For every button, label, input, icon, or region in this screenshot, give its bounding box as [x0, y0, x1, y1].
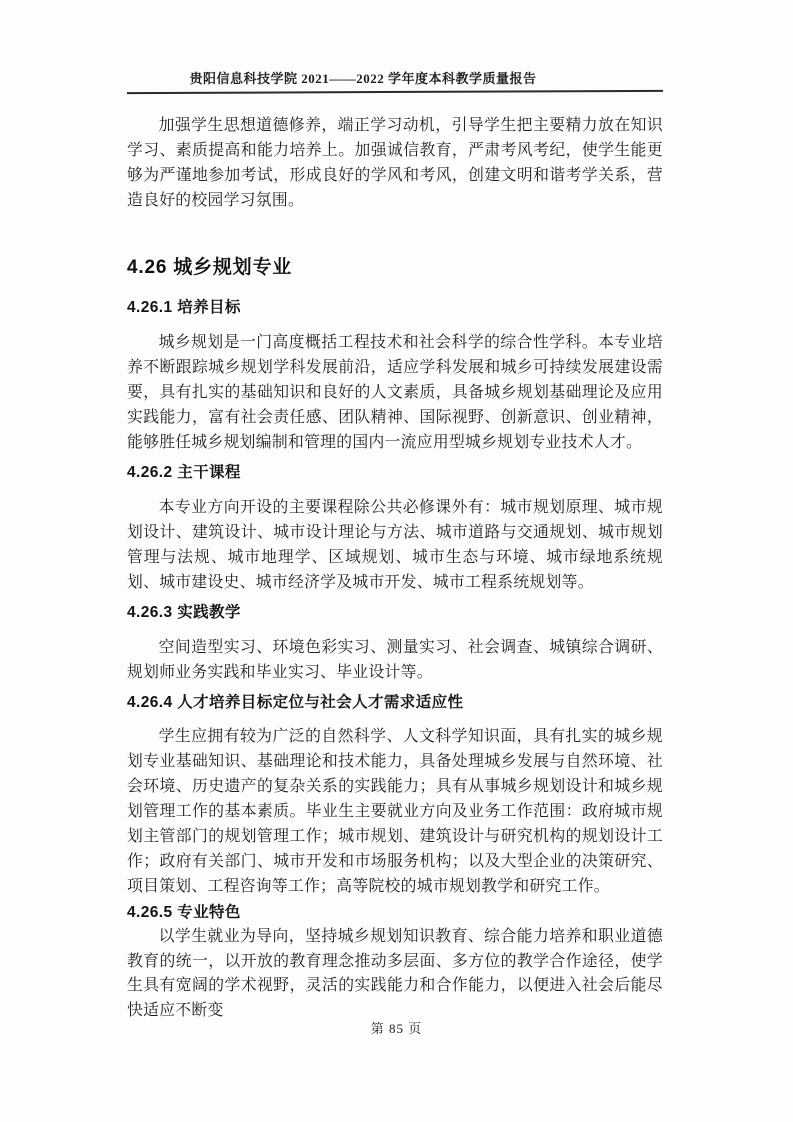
subsection-title-talent-demand: 4.26.4 人才培养目标定位与社会人才需求适应性: [127, 693, 663, 713]
subsection-title-specialty-features: 4.26.5 专业特色: [127, 903, 663, 923]
subsection-body-practice-teaching: 空间造型实习、环境色彩实习、测量实习、社会调查、城镇综合调研、规划师业务实践和毕…: [127, 635, 663, 685]
subsection-body-training-goal: 城乡规划是一门高度概括工程技术和社会科学的综合性学科。本专业培养不断跟踪城乡规划…: [127, 330, 663, 455]
subsection-title-practice-teaching: 4.26.3 实践教学: [127, 603, 663, 623]
subsection-title-main-courses: 4.26.2 主干课程: [127, 463, 663, 483]
page-content: 贵阳信息科技学院 2021——2022 学年度本科教学质量报告 加强学生思想道德…: [127, 0, 663, 1023]
page-number: 第 85 页: [0, 1021, 793, 1037]
intro-paragraph: 加强学生思想道德修养，端正学习动机，引导学生把主要精力放在知识学习、素质提高和能…: [127, 113, 663, 213]
subsection-title-training-goal: 4.26.1 培养目标: [127, 298, 663, 318]
subsection-body-main-courses: 本专业方向开设的主要课程除公共必修课外有：城市规划原理、城市规划设计、建筑设计、…: [127, 495, 663, 595]
subsection-body-specialty-features: 以学生就业为导向，坚持城乡规划知识教育、综合能力培养和职业道德教育的统一，以开放…: [127, 925, 663, 1023]
header-rule: [127, 90, 663, 94]
section-title: 4.26 城乡规划专业: [127, 255, 663, 281]
subsection-body-talent-demand: 学生应拥有较为广泛的自然科学、人文科学知识面，具有扎实的城乡规划专业基础知识、基…: [127, 724, 663, 899]
running-header: 贵阳信息科技学院 2021——2022 学年度本科教学质量报告: [95, 70, 631, 88]
document-page: 贵阳信息科技学院 2021——2022 学年度本科教学质量报告 加强学生思想道德…: [0, 0, 793, 1122]
